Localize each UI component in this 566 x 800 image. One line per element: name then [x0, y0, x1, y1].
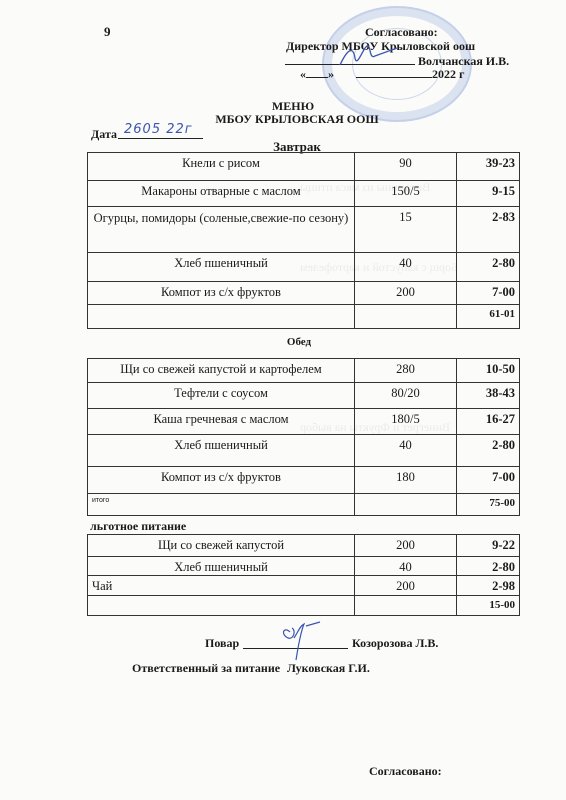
dish-name: Макароны отварные с маслом [88, 181, 355, 207]
table-row: Хлеб пшеничный 40 2-80 [88, 435, 520, 467]
dish-qty: 200 [355, 535, 457, 557]
signature-underline [285, 54, 415, 65]
dish-qty: 200 [355, 576, 457, 596]
total-qty [355, 305, 457, 329]
dish-name: Хлеб пшеничный [88, 253, 355, 282]
cook-label: Повар [205, 636, 239, 651]
table-row: Щи со свежей капустой и картофелем 280 1… [88, 359, 520, 383]
total-price: 61-01 [457, 305, 520, 329]
dish-qty: 180 [355, 467, 457, 494]
total-label [88, 596, 355, 616]
dish-name: Тефтели с соусом [88, 383, 355, 409]
lunch-table: Щи со свежей капустой и картофелем 280 1… [87, 358, 520, 516]
dish-qty: 150/5 [355, 181, 457, 207]
dish-price: 2-83 [457, 207, 520, 253]
dish-price: 10-50 [457, 359, 520, 383]
approval-title: Согласовано: [365, 25, 438, 40]
date-close-quote: » [328, 67, 334, 81]
dish-price: 7-00 [457, 467, 520, 494]
total-price: 75-00 [457, 494, 520, 516]
month-blank [356, 67, 432, 78]
dish-price: 9-22 [457, 535, 520, 557]
dish-qty: 90 [355, 153, 457, 181]
dish-price: 16-27 [457, 409, 520, 435]
preferential-title: льготное питание [90, 519, 186, 534]
table-row: Хлеб пшеничный 40 2-80 [88, 557, 520, 576]
dish-qty: 180/5 [355, 409, 457, 435]
total-qty [355, 494, 457, 516]
dish-name: Компот из с/х фруктов [88, 282, 355, 305]
table-row: Хлеб пшеничный 40 2-80 [88, 253, 520, 282]
dish-price: 2-80 [457, 253, 520, 282]
table-row: Тефтели с соусом 80/20 38-43 [88, 383, 520, 409]
table-row: Щи со свежей капустой 200 9-22 [88, 535, 520, 557]
dish-qty: 15 [355, 207, 457, 253]
breakfast-table: Кнели с рисом 90 39-23 Макароны отварные… [87, 152, 520, 329]
dish-qty: 40 [355, 435, 457, 467]
dish-name: Чай [88, 576, 355, 596]
table-row: Компот из с/х фруктов 180 7-00 [88, 467, 520, 494]
table-row: Макароны отварные с маслом 150/5 9-15 [88, 181, 520, 207]
dish-name: Огурцы, помидоры (соленые,свежие-по сезо… [88, 207, 355, 253]
dish-qty: 200 [355, 282, 457, 305]
cook-name: Козорозова Л.В. [352, 636, 438, 651]
dish-name: Щи со свежей капустой и картофелем [88, 359, 355, 383]
total-price: 15-00 [457, 596, 520, 616]
dish-name: Каша гречневая с маслом [88, 409, 355, 435]
dish-price: 7-00 [457, 282, 520, 305]
lunch-title: Обед [0, 336, 566, 348]
total-row: 61-01 [88, 305, 520, 329]
dish-price: 2-80 [457, 435, 520, 467]
dish-name: Кнели с рисом [88, 153, 355, 181]
total-row: итого 75-00 [88, 494, 520, 516]
table-row: Компот из с/х фруктов 200 7-00 [88, 282, 520, 305]
approval-date-line: «»2022 г [300, 67, 464, 82]
approval-role: Директор МБОУ Крыловской оош [286, 39, 475, 54]
dish-qty: 40 [355, 557, 457, 576]
day-blank [306, 67, 328, 78]
dish-price: 9-15 [457, 181, 520, 207]
dish-price: 39-23 [457, 153, 520, 181]
cook-signature-line [243, 636, 348, 649]
total-row: 15-00 [88, 596, 520, 616]
dish-name: Компот из с/х фруктов [88, 467, 355, 494]
total-label [88, 305, 355, 329]
dish-price: 38-43 [457, 383, 520, 409]
responsible-label: Ответственный за питание [132, 661, 280, 676]
total-label: итого [88, 494, 355, 516]
dish-price: 2-80 [457, 557, 520, 576]
dish-name: Хлеб пшеничный [88, 557, 355, 576]
dish-price: 2-98 [457, 576, 520, 596]
footer-approval-title: Согласовано: [369, 764, 442, 779]
approval-name: Волчанская И.В. [418, 54, 509, 68]
dish-qty: 280 [355, 359, 457, 383]
dish-qty: 40 [355, 253, 457, 282]
table-row: Огурцы, помидоры (соленые,свежие-по сезо… [88, 207, 520, 253]
responsible-name: Луковская Г.И. [287, 661, 370, 676]
school-title: МБОУ КРЫЛОВСКАЯ ООШ [0, 112, 566, 127]
dish-name: Щи со свежей капустой [88, 535, 355, 557]
total-qty [355, 596, 457, 616]
approval-year: 2022 г [432, 67, 464, 81]
date-handwritten: 2605 22г [124, 122, 193, 137]
table-row: Кнели с рисом 90 39-23 [88, 153, 520, 181]
dish-qty: 80/20 [355, 383, 457, 409]
table-row: Чай 200 2-98 [88, 576, 520, 596]
preferential-table: Щи со свежей капустой 200 9-22 Хлеб пшен… [87, 534, 520, 616]
dish-name: Хлеб пшеничный [88, 435, 355, 467]
table-row: Каша гречневая с маслом 180/5 16-27 [88, 409, 520, 435]
page-number: 9 [104, 24, 111, 40]
